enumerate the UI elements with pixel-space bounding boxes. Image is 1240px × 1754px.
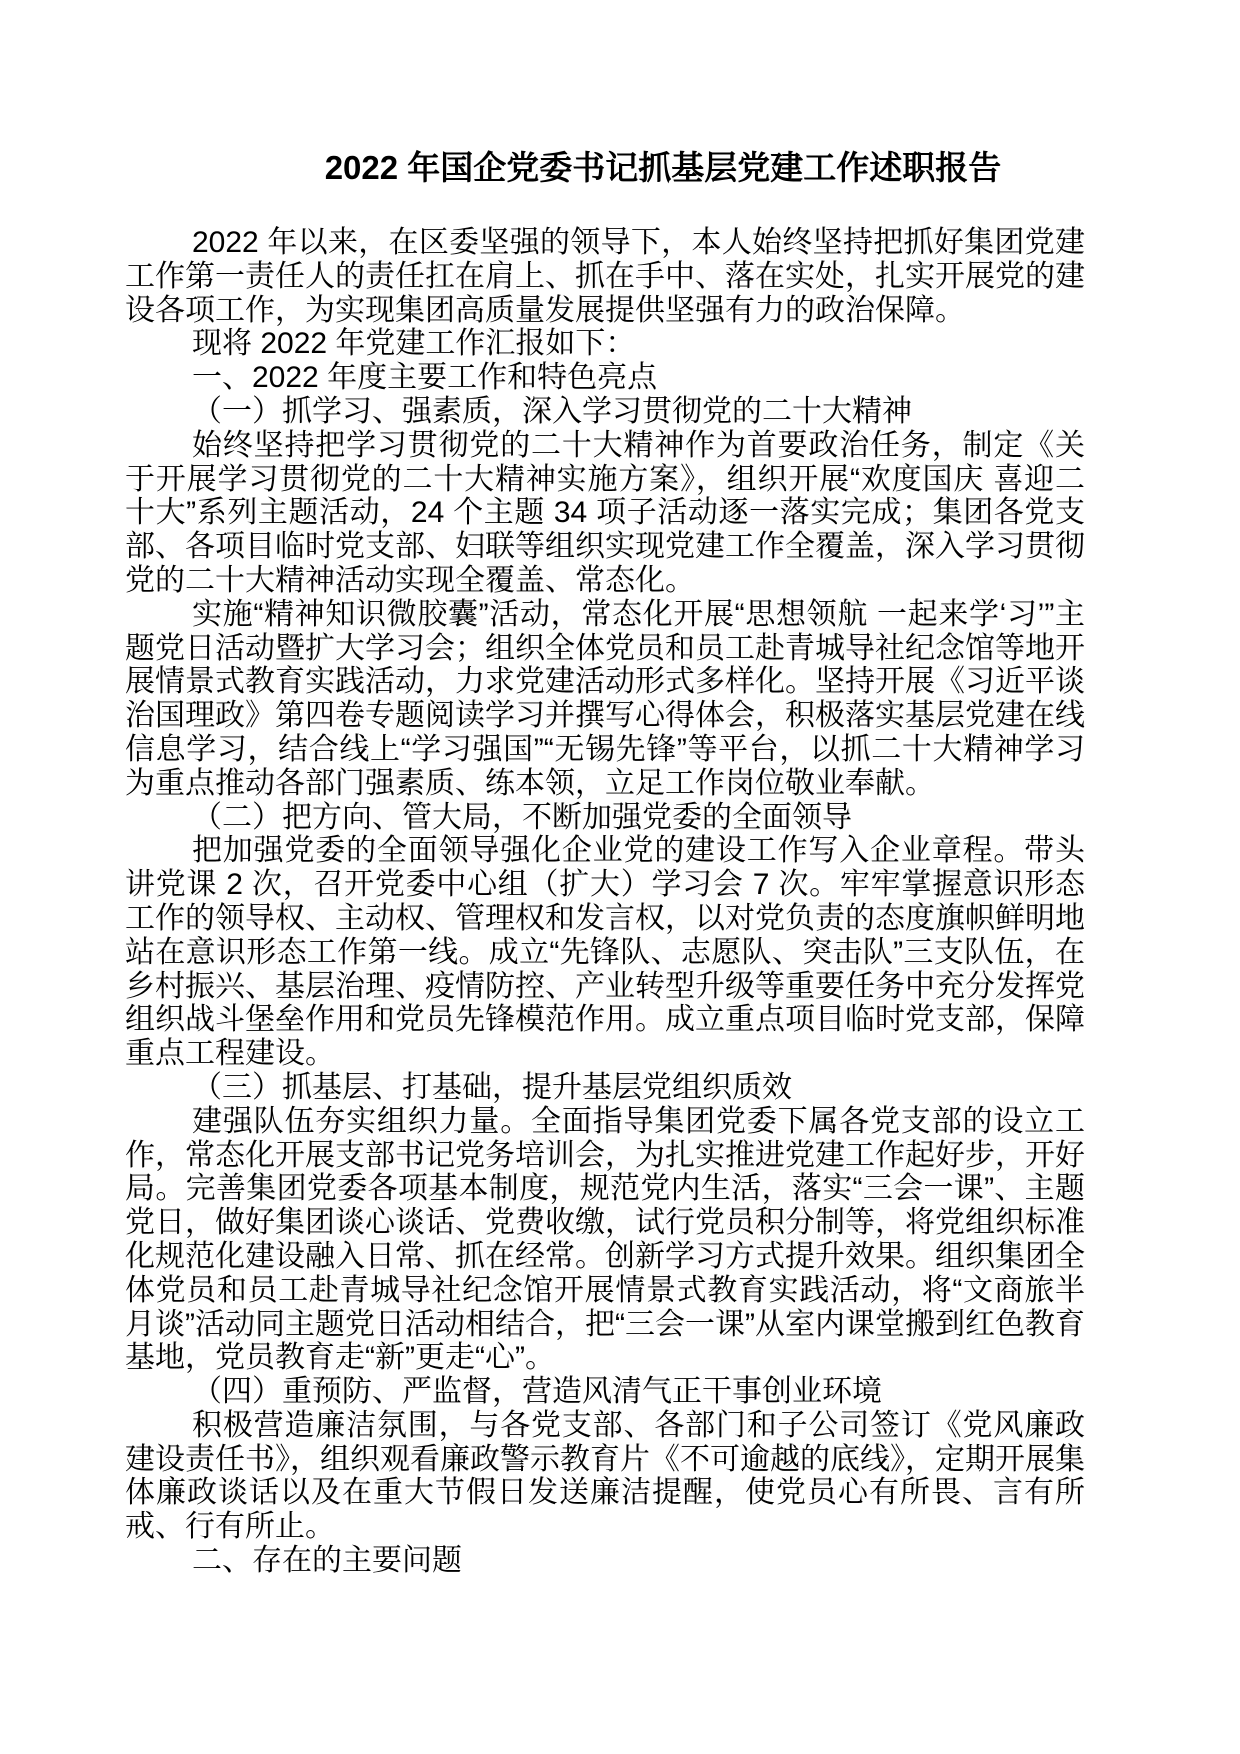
section-heading: （四）重预防、严监督，营造风清气正干事创业环境 — [125, 1375, 1085, 1409]
paragraph: 建强队伍夯实组织力量。全面指导集团党委下属各党支部的设立工作，常态化开展支部书记… — [125, 1105, 1085, 1375]
section-heading: 一、2022 年度主要工作和特色亮点 — [125, 361, 1085, 395]
paragraph: 现将 2022 年党建工作汇报如下： — [125, 327, 1085, 361]
paragraph: 实施“精神知识微胶囊”活动，常态化开展“思想领航 一起来学‘习’”主题党日活动暨… — [125, 598, 1085, 801]
paragraph: 始终坚持把学习贯彻党的二十大精神作为首要政治任务，制定《关于开展学习贯彻党的二十… — [125, 429, 1085, 598]
document-body: 2022 年以来，在区委坚强的领导下，本人始终坚持把抓好集团党建工作第一责任人的… — [125, 226, 1085, 1578]
paragraph: 积极营造廉洁氛围，与各党支部、各部门和子公司签订《党风廉政建设责任书》，组织观看… — [125, 1409, 1085, 1544]
document-title: 2022 年国企党委书记抓基层党建工作述职报告 — [125, 0, 1085, 188]
document-page: 2022 年国企党委书记抓基层党建工作述职报告 2022 年以来，在区委坚强的领… — [0, 0, 1240, 1754]
paragraph: 把加强党委的全面领导强化企业党的建设工作写入企业章程。带头讲党课 2 次，召开党… — [125, 834, 1085, 1071]
section-heading: （一）抓学习、强素质，深入学习贯彻党的二十大精神 — [125, 395, 1085, 429]
section-heading: （三）抓基层、打基础，提升基层党组织质效 — [125, 1071, 1085, 1105]
section-heading: 二、存在的主要问题 — [125, 1544, 1085, 1578]
paragraph: 2022 年以来，在区委坚强的领导下，本人始终坚持把抓好集团党建工作第一责任人的… — [125, 226, 1085, 327]
section-heading: （二）把方向、管大局，不断加强党委的全面领导 — [125, 801, 1085, 835]
